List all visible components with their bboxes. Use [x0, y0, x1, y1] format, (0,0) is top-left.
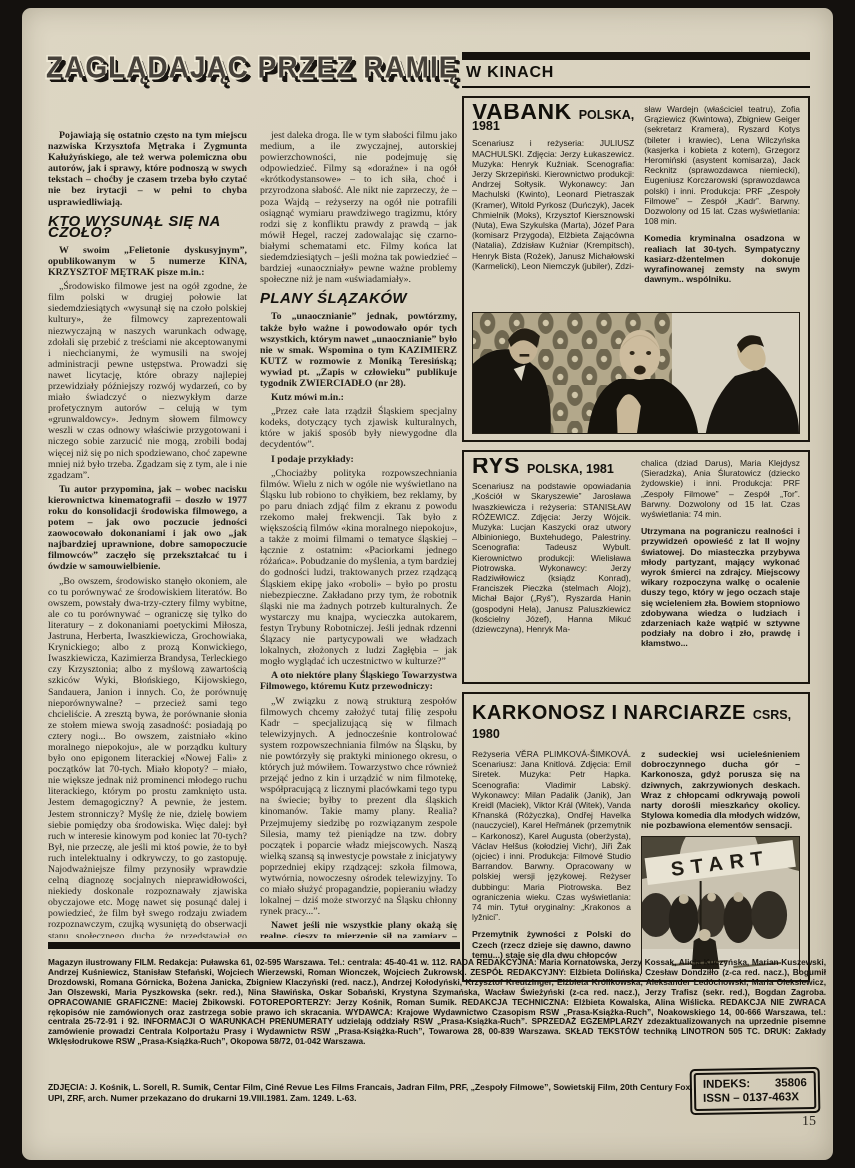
film-credits: sław Wardejn (właściciel teatru), Zofia … — [644, 104, 800, 226]
film-title: RYŚ — [472, 458, 520, 478]
article-paragraph: jest daleka droga. Ile w tym słabości fi… — [260, 130, 457, 285]
film-credits: Scenariusz i reżyseria: JULIUSZ MACHULSK… — [472, 138, 634, 271]
article-column-1: Pojawiają się ostatnio często na tym mie… — [48, 130, 247, 938]
indeks-label: INDEKS: — [703, 1077, 751, 1092]
vabank-still-graphic — [473, 313, 799, 433]
section-heading: PLANY ŚLĄZAKÓW — [260, 293, 457, 304]
indeks-box: INDEKS: 35806 ISSN – 0137-463X — [690, 1067, 821, 1115]
film-summary: Utrzymana na pograniczu realności i przy… — [641, 526, 800, 648]
karkonosz-film-still: START — [641, 836, 800, 974]
article-lead: Pojawiają się ostatnio często na tym mie… — [48, 130, 247, 208]
w-kinach-section: W KINACH VABANKPOLSKA, 1981 Scenariusz i… — [462, 52, 810, 982]
film-summary: Komedia kryminalna osadzona w realiach l… — [644, 233, 800, 284]
section-heading: KTO WYSUNĄŁ SIĘ NA CZOŁO? — [48, 216, 247, 238]
film-review-rys: RYŚPOLSKA, 1981 Scenariusz na podstawie … — [462, 450, 810, 684]
article-paragraph: I podaje przykłady: — [260, 454, 457, 465]
article-paragraph: W swoim „Felietonie dyskusyjnym”, opubli… — [48, 245, 247, 278]
film-credits: chalica (dziad Darus), Maria Klejdysz (S… — [641, 458, 800, 519]
start-banner-graphic: START — [642, 837, 799, 974]
article-paragraph: Nawet jeśli nie wszystkie plany okażą si… — [260, 920, 457, 938]
page-number: 15 — [802, 1114, 816, 1130]
film-summary: z sudeckiej wsi ucieleśnieniem dobroczyn… — [641, 749, 800, 831]
article-paragraph: Tu autor przypomina, jak – wobec nacisku… — [48, 484, 247, 573]
magazine-scan: { "masthead": { "title": "ZAGLĄDAJĄC PRZ… — [0, 0, 855, 1168]
article-column-2: jest daleka droga. Ile w tym słabości fi… — [260, 130, 457, 938]
film-credits: Reżyseria VĚRA PLIMKOVÁ-ŠIMKOVÁ. Scenari… — [472, 749, 631, 922]
photo-credits-text: ZDJĘCIA: J. Kośnik, L. Sorell, R. Sumik,… — [48, 1082, 700, 1104]
film-review-vabank: VABANKPOLSKA, 1981 Scenariusz i reżyseri… — [462, 96, 810, 442]
article-paragraph: To „unaocznianie” jednak, powtórzmy, tak… — [260, 311, 457, 389]
magazine-page: ZAGLĄDAJĄC PRZEZ RAMIĘ Pojawiają się ost… — [22, 8, 833, 1160]
film-origin: POLSKA, 1981 — [527, 462, 614, 476]
w-kinach-header: W KINACH — [462, 52, 810, 88]
film-title: KARKONOSZ I NARCIARZE — [472, 702, 746, 724]
article-paragraph: „W związku z nową strukturą zespołów fil… — [260, 696, 457, 918]
article-divider-bar — [48, 942, 460, 949]
imprint-text: Magazyn ilustrowany FILM. Redakcja: Puła… — [48, 958, 826, 1047]
article-paragraph: A oto niektóre plany Śląskiego Towarzyst… — [260, 670, 457, 692]
article-title: ZAGLĄDAJĄC PRZEZ RAMIĘ — [46, 51, 451, 86]
film-summary: Przemytnik żywności z Polski do Czech (r… — [472, 929, 631, 960]
article-paragraph: „Chociażby polityka rozpowszechniania fi… — [260, 468, 457, 668]
film-review-karkonosz: KARKONOSZ I NARCIARZECSRS, 1980 Reżyseri… — [462, 692, 810, 982]
film-credits: Scenariusz na podstawie opowiadania „Koś… — [472, 481, 631, 634]
vabank-film-still — [472, 312, 800, 434]
article-paragraph: „Bo owszem, środowisko stanęło okoniem, … — [48, 576, 247, 938]
indeks-value: 35806 — [775, 1076, 807, 1091]
issn-number: ISSN – 0137-463X — [703, 1090, 807, 1106]
article-paragraph: „Przez całe lata rządził Śląskiem specja… — [260, 406, 457, 450]
article-paragraph: Kutz mówi m.in.: — [260, 392, 457, 403]
article-paragraph: „Środowisko filmowe jest na ogół zgodne,… — [48, 281, 247, 481]
